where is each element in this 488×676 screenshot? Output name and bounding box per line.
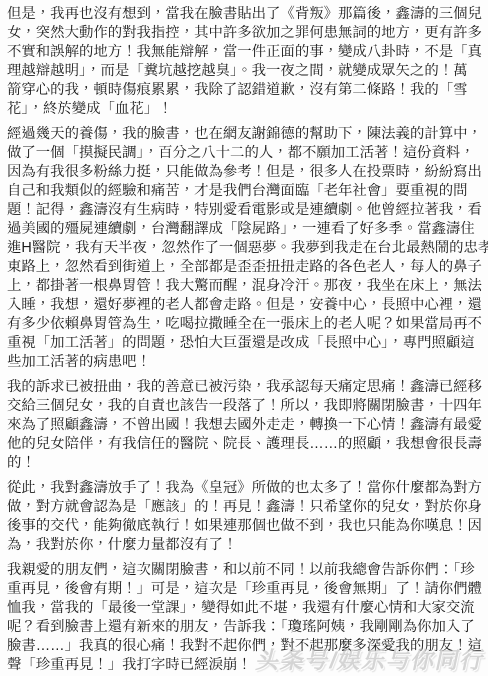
text-line: 過美國的殭屍連續劇，台灣翻譯成「陰屍路」，一連看了好多季。當鑫濤住 [7,220,484,239]
text-line: 的！ [7,454,484,473]
text-line: 不實和誤解的地方！我無能辯解，當一件正面的事，變成八卦時，不是「真 [7,43,484,62]
text-line: 恤我，當我的「最後一堂課」，變得如此不堪，我還有什麼心情和大家交流 [7,599,484,618]
text-line: 做了一個「摸擬民調」，百分之八十二的人，都不願加工活著！這份資料， [7,144,484,163]
text-line: 入睡，我想，還好夢裡的老人都會走路。但是，安養中心，長照中心裡，還 [7,296,484,315]
text-line: 但是，我再也沒有想到，當我在臉書貼出了《背叛》那篇後，鑫濤的三個兒 [7,5,484,24]
text-line: 後事的交代，能夠徹底執行！如果連那個也做不到，我也只能為你嘆息！因 [7,517,484,536]
paragraph: 我的訴求已被扭曲，我的善意已被污染，我承認每天痛定思痛！鑫濤已經移交給三個兒女，… [7,378,484,473]
text-line: 箭穿心的我，頓時傷痕累累，我除了認錯道歉，沒有第二條路！我的「雪 [7,81,484,100]
paragraph: 從此，我對鑫濤放手了！我為《皇冠》所做的也太多了！當你什麼都為對方做，對方就會認… [7,479,484,555]
text-line: 重再見，後會有期！」可是，這次是「珍重再見，後會無期」了！請你們體 [7,580,484,599]
text-line: 上，都掛著一根鼻胃管！我大驚而醒，混身冷汗。那夜，我坐在床上，無法 [7,277,484,296]
text-line: 女，突然大動作的對我指控，其中許多欲加之罪何患無詞的地方，更有許多 [7,24,484,43]
text-line: 些加工活著的病患吧！ [7,353,484,372]
text-line: 呢？看到臉書上還有新來的朋友，告訴我：「瓊瑤阿姨，我剛剛為你加入了 [7,618,484,637]
text-line: 做，對方就會認為是「應該」的！再見！鑫濤！只希望你的兒女，對於你身 [7,498,484,517]
text-line: 為，我對於你，什麼力量都沒有了！ [7,536,484,555]
text-line: 自己和我類似的經驗和痛苦，才是我們台灣面臨「老年社會」要重視的問 [7,182,484,201]
text-line: 他的兒女陪伴，有我信任的醫院、院長、護理長……的照顧，我想會很長壽 [7,435,484,454]
text-line: 我的訴求已被扭曲，我的善意已被污染，我承認每天痛定思痛！鑫濤已經移 [7,378,484,397]
article-body: 但是，我再也沒有想到，當我在臉書貼出了《背叛》那篇後，鑫濤的三個兒女，突然大動作… [7,5,484,675]
text-line: 因為有我很多粉絲力挺，只能做為參考！但是，很多人在投票時，紛紛寫出 [7,163,484,182]
text-line: 來為了照顧鑫濤，不曾出國！我想去國外走走，轉換一下心情！鑫濤有最愛 [7,416,484,435]
paragraph: 但是，我再也沒有想到，當我在臉書貼出了《背叛》那篇後，鑫濤的三個兒女，突然大動作… [7,5,484,119]
text-line: 聲「珍重再見！」我打字時已經淚崩！ [7,656,484,675]
text-line: 交給三個兒女，我的自責也該告一段落了！所以，我即將關閉臉書，十四年 [7,397,484,416]
text-line: 臉書……」我真的很心痛！我對不起你們，對不起那麼多深愛我的朋友！這 [7,637,484,656]
text-line: 經過幾天的養傷，我的臉書，也在網友謝錦德的幫助下，陳法義的計算中， [7,125,484,144]
paragraph: 經過幾天的養傷，我的臉書，也在網友謝錦德的幫助下，陳法義的計算中，做了一個「摸擬… [7,125,484,372]
text-line: 從此，我對鑫濤放手了！我為《皇冠》所做的也太多了！當你什麼都為對方 [7,479,484,498]
text-line: 理越辯越明」，而是「糞坑越挖越臭」。我一夜之間，就變成眾矢之的！萬 [7,62,484,81]
text-line: 我親愛的朋友們，這次關閉臉書，和以前不同！以前我總會告訴你們：「珍 [7,561,484,580]
text-line: 進H醫院，我有天半夜，忽然作了一個惡夢。我夢到我走在台北最熱鬧的忠孝 [7,239,484,258]
text-line: 花」，終於變成「血花」！ [7,100,484,119]
text-line: 有多少依賴鼻胃管為生，吃喝拉撒睡全在一張床上的老人呢？如果當局再不 [7,315,484,334]
text-line: 重視「加工活著」的問題，恐怕大巨蛋還是改成「長照中心」，專門照顧這 [7,334,484,353]
text-line: 東路上，忽然看到街道上，全部都是歪歪扭扭走路的各色老人，每人的鼻子 [7,258,484,277]
paragraph: 我親愛的朋友們，這次關閉臉書，和以前不同！以前我總會告訴你們：「珍重再見，後會有… [7,561,484,675]
text-line: 題！記得，鑫濤沒有生病時，特別愛看電影或是連續劇。他曾經拉著我，看 [7,201,484,220]
